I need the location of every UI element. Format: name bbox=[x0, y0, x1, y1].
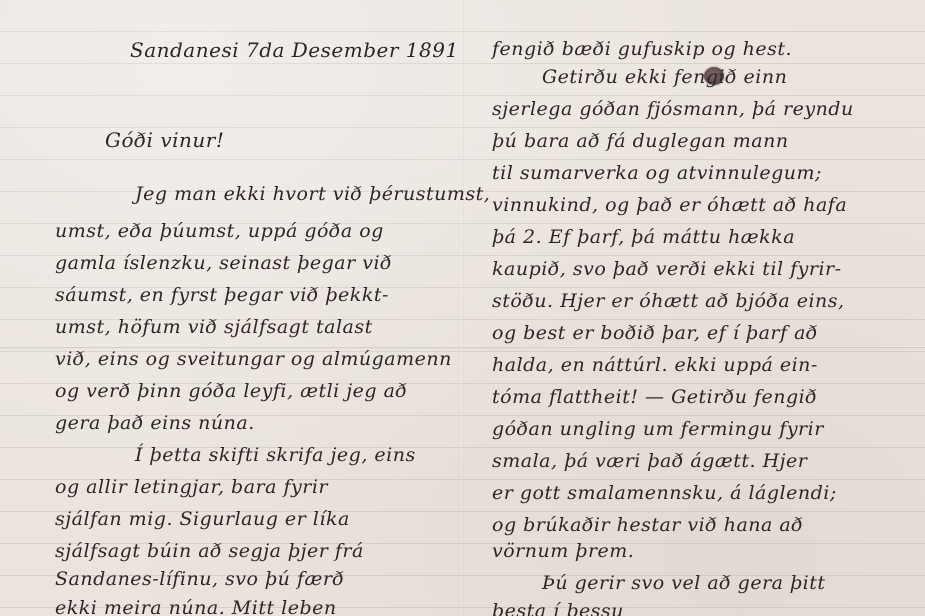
letter-line: og brúkaðir hestar við hana að bbox=[492, 514, 803, 536]
letter-line: umst, höfum við sjálfsagt talast bbox=[55, 316, 373, 338]
letter-line: sjerlega góðan fjósmann, þá reyndu bbox=[492, 98, 854, 120]
letter-line: og allir letingjar, bara fyrir bbox=[55, 476, 328, 498]
letter-line: kaupið, svo það verði ekki til fyrir- bbox=[492, 258, 842, 280]
letter-line: þú bara að fá duglegan mann bbox=[492, 130, 789, 152]
letter-line: góðan ungling um fermingu fyrir bbox=[492, 418, 824, 440]
letter-line: stöðu. Hjer er óhætt að bjóða eins, bbox=[492, 290, 845, 312]
letter-line: Sandanes-lífinu, svo þú færð bbox=[55, 568, 344, 590]
paper-fold-vertical bbox=[462, 0, 464, 616]
letter-line: við, eins og sveitungar og almúgamenn bbox=[55, 348, 452, 370]
letter-line: ekki meira núna. Mitt leben bbox=[55, 597, 337, 616]
letter-page: Sandanesi 7da Desember 1891 Góði vinur! … bbox=[0, 0, 925, 616]
letter-line: smala, þá væri það ágætt. Hjer bbox=[492, 450, 807, 472]
letter-line: vinnukind, og það er óhætt að hafa bbox=[492, 194, 847, 216]
letter-line: vörnum þrem. bbox=[492, 540, 634, 562]
letter-line: og best er boðið þar, ef í þarf að bbox=[492, 322, 818, 344]
salutation: Góði vinur! bbox=[105, 128, 224, 152]
letter-line: Getirðu ekki fengið einn bbox=[492, 66, 787, 88]
letter-line: halda, en náttúrl. ekki uppá ein- bbox=[492, 354, 818, 376]
letter-line: gera það eins núna. bbox=[55, 412, 255, 434]
letter-line: til sumarverka og atvinnulegum; bbox=[492, 162, 822, 184]
letter-line: þá 2. Ef þarf, þá máttu hækka bbox=[492, 226, 795, 248]
letter-line: Í þetta skifti skrifa jeg, eins bbox=[55, 444, 416, 466]
letter-line: umst, eða þúumst, uppá góða og bbox=[55, 220, 384, 242]
letter-line: Jeg man ekki hvort við þérustumst, bbox=[55, 183, 490, 205]
dateline: Sandanesi 7da Desember 1891 bbox=[130, 38, 459, 62]
letter-line: gamla íslenzku, seinast þegar við bbox=[55, 252, 392, 274]
letter-line: Þú gerir svo vel að gera þitt bbox=[492, 572, 826, 594]
letter-line: sjálfsagt búin að segja þjer frá bbox=[55, 540, 364, 562]
letter-line: sáumst, en fyrst þegar við þekkt- bbox=[55, 284, 389, 306]
letter-line: tóma flattheit! — Getirðu fengið bbox=[492, 386, 817, 408]
letter-line: besta í þessu bbox=[492, 600, 624, 616]
letter-line: og verð þinn góða leyfi, ætli jeg að bbox=[55, 380, 407, 402]
letter-line: sjálfan mig. Sigurlaug er líka bbox=[55, 508, 350, 530]
letter-line: fengið bæði gufuskip og hest. bbox=[492, 38, 792, 60]
letter-line: er gott smalamennsku, á láglendi; bbox=[492, 482, 837, 504]
